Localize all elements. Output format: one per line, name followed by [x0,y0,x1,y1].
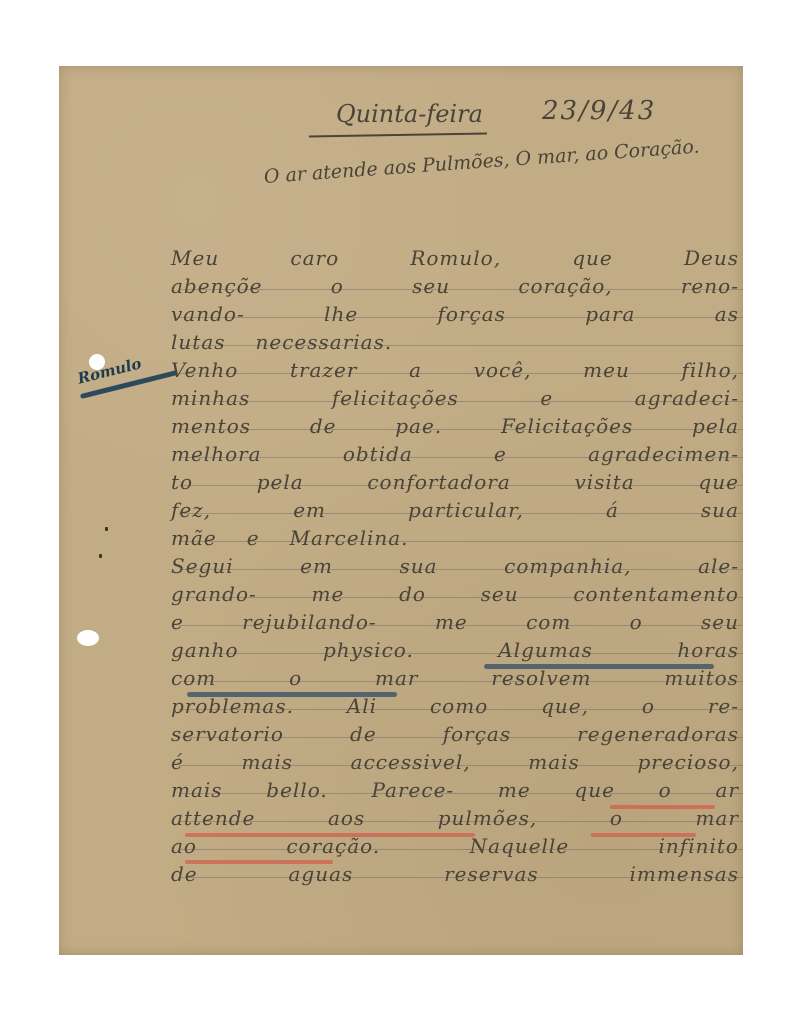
letter-line: Seguiemsuacompanhia,ale- [171,552,739,580]
letter-word: Deus [684,244,739,272]
letter-word: attende [171,804,255,832]
header-day-underline [309,132,487,137]
letter-word: aguas [288,860,353,888]
letter-word: lutas [171,328,226,356]
letter-word: felicitações [332,384,459,412]
letter-word: agradeci- [635,384,739,412]
letter-word: mar [375,664,418,692]
letter-word: servatorio [171,720,284,748]
letter-word: de [350,720,377,748]
letter-word: Romulo, [410,244,501,272]
letter-word: o [659,776,672,804]
letter-word: forças [443,720,511,748]
letter-word: sua [701,496,739,524]
header-date: 23/9/43 [542,96,656,126]
letter-word: melhora [171,440,262,468]
letter-word: agradecimen- [588,440,739,468]
red-underline-attende-aos-pulmoes [185,833,475,837]
letter-word: em [293,496,326,524]
letter-word: mais [241,748,293,776]
letter-word: que [572,244,613,272]
letter-word: mais [171,776,223,804]
letter-line: servatoriodeforçasregeneradoras [171,720,739,748]
letter-word: á [606,496,619,524]
letter-word: trazer [290,356,357,384]
letter-body: MeucaroRomulo,queDeusabençõeoseucoração,… [171,244,739,888]
letter-line: ganhophysico.Algumashoras [171,636,739,664]
letter-word: vando- [171,300,245,328]
letter-word: seu [412,272,450,300]
letter-line: minhasfelicitaçõeseagradeci- [171,384,739,412]
letter-word: me [435,608,468,636]
letter-word: companhia, [504,552,631,580]
letter-word: pulmões, [438,804,538,832]
letter-word: accessivel, [351,748,471,776]
letter-word: com [171,664,216,692]
letter-word: de [171,860,198,888]
letter-word: contentamento [573,580,739,608]
letter-word: reservas [444,860,539,888]
letter-word: com [526,608,571,636]
letter-line: melhoraobtidaeagradecimen- [171,440,739,468]
letter-word: seu [701,608,739,636]
letter-word: grando- [171,580,257,608]
letter-word: me [498,776,531,804]
letter-word: filho, [682,356,739,384]
letter-line: fez,emparticular,ásua [171,496,739,524]
letter-word: e [494,440,507,468]
letter-word: em [300,552,333,580]
letter-word: pela [692,412,739,440]
letter-word: caro [290,244,339,272]
letter-word: immensas [629,860,739,888]
letter-word: particular, [408,496,524,524]
letter-paper: Romulo Quinta-feira 23/9/43 O ar atende … [59,66,743,955]
letter-line: maisbello.Parece-mequeoar [171,776,739,804]
letter-word: o [289,664,302,692]
letter-word: Parece- [371,776,454,804]
letter-word: mentos [171,412,251,440]
letter-word: seu [481,580,519,608]
letter-word: abençõe [171,272,263,300]
letter-word: que [574,776,615,804]
letter-word: mais [528,748,580,776]
letter-line: MeucaroRomulo,queDeus [171,244,739,272]
letter-word: Venho [171,356,238,384]
blue-underline-com-o-mar [187,692,397,697]
letter-word: as [715,300,739,328]
letter-word: forças [438,300,506,328]
letter-word: que, [541,692,589,720]
letter-word: Marcelina. [290,524,409,552]
letter-word: confortadora [367,468,510,496]
letter-word: Meu [171,244,219,272]
header-day: Quinta-feira [336,100,483,128]
letter-subtitle: O ar atende aos Pulmões, O mar, ao Coraç… [263,136,700,188]
letter-line: mentosdepae.Felicitaçõespela [171,412,739,440]
letter-word: que [698,468,739,496]
letter-word: Segui [171,552,234,580]
letter-word: sua [400,552,438,580]
red-underline-o-mar [591,833,696,837]
letter-line: vando-lheforçasparaas [171,300,739,328]
letter-line: lutasnecessarias. [171,328,739,356]
letter-word: bello. [266,776,327,804]
punch-hole-bottom [77,630,99,646]
letter-line: émaisaccessivel,maisprecioso, [171,748,739,776]
blue-underline-algumas-horas [484,664,714,669]
letter-word: precioso, [637,748,739,776]
letter-word: regeneradoras [577,720,739,748]
letter-word: coração, [518,272,612,300]
letter-word: para [585,300,635,328]
letter-word: pela [257,468,304,496]
letter-line: deaguasreservasimmensas [171,860,739,888]
letter-word: re- [708,692,739,720]
letter-word: e [171,608,184,636]
letter-word: horas [677,636,739,664]
letter-word: pae. [395,412,442,440]
letter-word: me [312,580,345,608]
letter-word: aos [328,804,365,832]
letter-word: o [331,272,344,300]
letter-word: ale- [698,552,739,580]
letter-word: meu [583,356,630,384]
red-underline-ao-coracao [185,860,333,864]
letter-word: lhe [324,300,358,328]
letter-word: Naquelle [470,832,570,860]
letter-word: minhas [171,384,250,412]
letter-word: Felicitações [501,412,633,440]
letter-line: topelaconfortadoravisitaque [171,468,739,496]
letter-word: de [310,412,337,440]
letter-word: fez, [171,496,211,524]
letter-word: e [247,524,260,552]
letter-word: como [430,692,488,720]
letter-word: physico. [323,636,414,664]
margin-mark [105,527,108,531]
letter-word: Algumas [498,636,593,664]
letter-word: ar [715,776,738,804]
letter-word: o [630,608,643,636]
letter-word: o [642,692,655,720]
red-underline-o-ar [610,805,715,809]
letter-word: rejubilando- [242,608,376,636]
letter-line: Venhotrazeravocê,meufilho, [171,356,739,384]
letter-word: a [409,356,422,384]
letter-word: obtida [343,440,413,468]
letter-word: to [171,468,193,496]
letter-line: abençõeoseucoração,reno- [171,272,739,300]
letter-line: mãeeMarcelina. [171,524,739,552]
letter-word: e [540,384,553,412]
letter-line: grando-medoseucontentamento [171,580,739,608]
margin-mark [99,554,102,558]
letter-word: mãe [171,524,217,552]
letter-word: do [399,580,426,608]
letter-word: visita [574,468,634,496]
letter-word: necessarias. [256,328,393,356]
letter-word: é [171,748,184,776]
letter-word: ganho [171,636,239,664]
letter-word: você, [474,356,532,384]
letter-line: erejubilando-mecomoseu [171,608,739,636]
letter-word: reno- [681,272,739,300]
